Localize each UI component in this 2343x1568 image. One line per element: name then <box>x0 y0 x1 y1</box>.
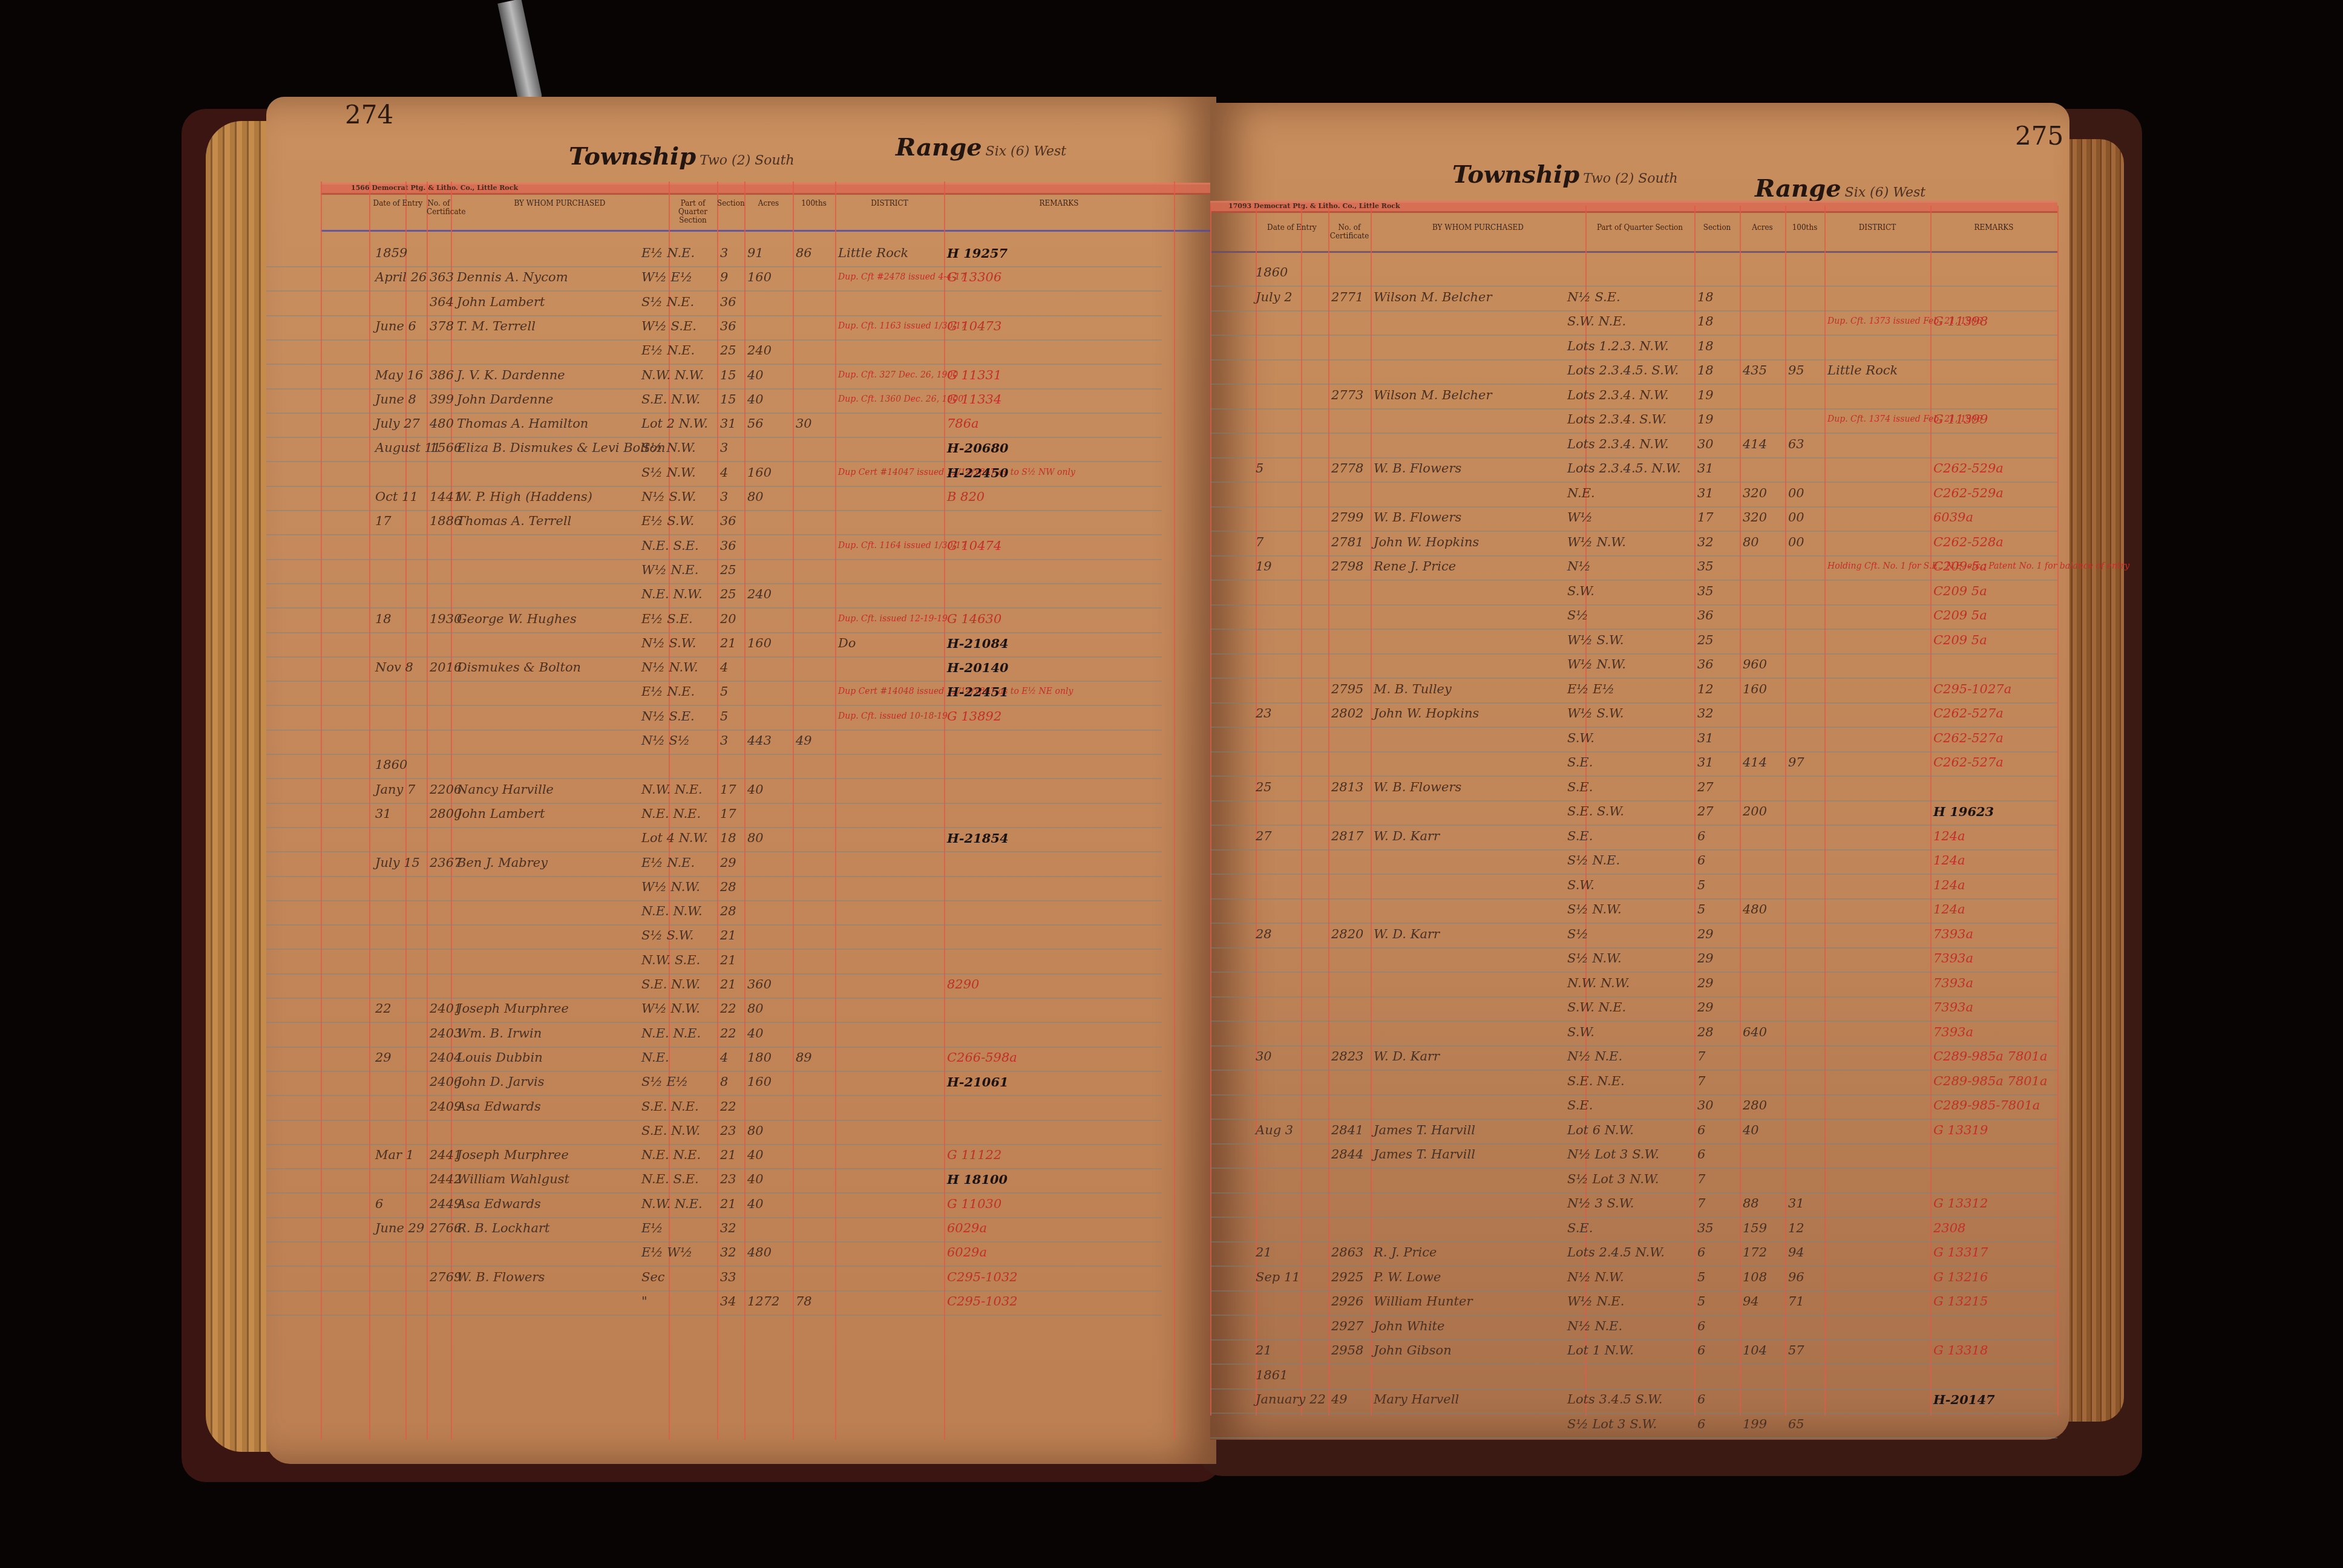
cell-acres: 80 <box>1743 535 1759 549</box>
cell-part: N½ 3 S.W. <box>1567 1196 1634 1210</box>
cell-remarks: G 11334 <box>947 392 1001 407</box>
column-header: Acres <box>744 200 793 208</box>
cell-hundredths: 00 <box>1788 510 1804 524</box>
cell-acres: 240 <box>747 587 772 601</box>
cell-hundredths: 94 <box>1788 1245 1804 1259</box>
ledger-row: July 22771Wilson M. BelcherN½ S.E.18 <box>1210 286 2057 312</box>
cell-part: S.E. S.W. <box>1567 804 1624 818</box>
cell-section: 6 <box>1697 1123 1705 1137</box>
cell-part: W½ N.W. <box>641 880 700 894</box>
cell-district: Dup. Cft. issued 10-18-19 <box>838 711 948 721</box>
cell-section: 28 <box>720 904 736 918</box>
cell-remarks: C266-598a <box>947 1050 1017 1065</box>
cell-section: 21 <box>720 928 736 942</box>
cell-acres: 200 <box>1743 804 1767 818</box>
cell-date: 1861 <box>1256 1368 1288 1382</box>
cell-section: 29 <box>1697 951 1714 965</box>
cell-section: 18 <box>1697 363 1714 377</box>
cell-acres: 159 <box>1743 1221 1767 1235</box>
cell-section: 17 <box>720 806 736 821</box>
cell-part: S.E. N.W. <box>641 1123 700 1138</box>
cell-section: 31 <box>1697 486 1714 500</box>
cell-section: 31 <box>1697 755 1714 769</box>
ledger-row: Lots 2.3.4. N.W.3041463 <box>1210 433 2057 459</box>
column-header: Acres <box>1740 224 1785 232</box>
cell-acres: 40 <box>747 392 764 407</box>
cell-remarks: H-22451 <box>947 684 1009 699</box>
cell-acres: 414 <box>1743 755 1767 769</box>
ledger-row: 52778W. B. FlowersLots 2.3.4.5. N.W.31C2… <box>1210 457 2057 483</box>
cell-section: 5 <box>720 684 728 699</box>
cell-cert: 2958 <box>1331 1343 1363 1357</box>
cell-part: Lots 2.4.5 N.W. <box>1567 1245 1665 1259</box>
cell-section: 28 <box>720 880 736 894</box>
cell-part: N.W. S.E. <box>641 953 700 967</box>
cell-part: Lots 2.3.4. N.W. <box>1567 388 1669 402</box>
cell-name: Eliza B. Dismukes & Levi Bolton <box>457 440 666 455</box>
cell-name: Wilson M. Belcher <box>1374 388 1492 402</box>
cell-cert: 2798 <box>1331 559 1363 573</box>
cell-section: 34 <box>720 1294 736 1308</box>
cell-district: Dup. Cft #2478 issued 4-4-17 <box>838 272 966 282</box>
ledger-row: 292404Louis DubbinN.E.418089C266-598a <box>266 1047 1162 1072</box>
cell-part: N½ S.W. <box>641 489 696 504</box>
cell-section: 15 <box>720 392 736 407</box>
cell-section: 32 <box>720 1245 736 1259</box>
cell-name: M. B. Tulley <box>1374 682 1452 696</box>
cell-part: S.W. <box>1567 584 1594 598</box>
cell-part: " <box>641 1294 647 1308</box>
cell-section: 25 <box>1697 633 1714 647</box>
cell-cert: 378 <box>430 319 454 333</box>
cell-section: 17 <box>720 782 736 797</box>
cell-part: Lots 2.3.4. N.W. <box>1567 437 1669 451</box>
cell-district: Do <box>838 636 856 650</box>
range-heading: RangeSix (6) West <box>1755 174 1925 203</box>
cell-cert: 2802 <box>1331 706 1363 720</box>
page-number: 274 <box>345 100 393 129</box>
cell-name: Asa Edwards <box>457 1099 541 1114</box>
cell-remarks: C209-5a <box>1933 559 1987 573</box>
cell-name: John Dardenne <box>457 392 554 407</box>
ledger-row: W½ N.E.25 <box>266 559 1162 584</box>
cell-district: Dup. Cft. 1360 Dec. 26, 1900 <box>838 394 963 404</box>
cell-name: Thomas A. Hamilton <box>457 416 588 431</box>
cell-date: 6 <box>375 1197 383 1211</box>
cell-date: January 22 <box>1256 1392 1326 1406</box>
cell-remarks: 7393a <box>1933 1000 1973 1014</box>
cell-section: 30 <box>1697 437 1714 451</box>
ledger-row: 212863R. J. PriceLots 2.4.5 N.W.617294G … <box>1210 1241 2057 1267</box>
cell-remarks: C262-528a <box>1933 535 2004 549</box>
cell-section: 6 <box>1697 1392 1705 1406</box>
cell-part: Lots 1.2.3. N.W. <box>1567 339 1669 353</box>
cell-name: Rene J. Price <box>1374 559 1456 573</box>
township-label: Township <box>1452 160 1579 189</box>
left-page: 274 TownshipTwo (2) South RangeSix (6) W… <box>266 97 1216 1464</box>
cell-part: W½ N.E. <box>1567 1294 1624 1308</box>
cell-part: N.E. S.E. <box>641 538 699 553</box>
cell-name: R. J. Price <box>1374 1245 1437 1259</box>
cell-section: 31 <box>720 416 736 431</box>
cell-part: S.E. <box>1567 829 1593 843</box>
cell-cert: 386 <box>430 368 454 382</box>
cell-remarks: G 13312 <box>1933 1196 1988 1210</box>
cell-hundredths: 65 <box>1788 1417 1804 1431</box>
cell-part: W½ E½ <box>641 270 692 284</box>
cell-remarks: 124a <box>1933 829 1965 843</box>
cell-hundredths: 71 <box>1788 1294 1804 1308</box>
cell-acres: 443 <box>747 733 772 748</box>
cell-name: T. M. Terrell <box>457 319 536 333</box>
cell-remarks: H 19623 <box>1933 804 1994 819</box>
cell-date: June 6 <box>375 319 416 333</box>
cell-part: Lots 2.3.4.5. N.W. <box>1567 461 1681 475</box>
cell-cert: 2781 <box>1331 535 1363 549</box>
ledger-row: May 16386J. V. K. DardenneN.W. N.W.1540D… <box>266 364 1162 390</box>
cell-acres: 40 <box>747 782 764 797</box>
ledger-row: 302823W. D. KarrN½ N.E.7C289-985a 7801a <box>1210 1045 2057 1071</box>
cell-section: 35 <box>1697 1221 1714 1235</box>
cell-part: N.W. N.W. <box>641 368 704 382</box>
ledger-row: S½ N.W.5480124a <box>1210 898 2057 924</box>
cell-date: Mar 1 <box>375 1148 414 1162</box>
cell-section: 32 <box>1697 535 1714 549</box>
cell-part: E½ <box>641 1221 663 1235</box>
cell-cert: 2778 <box>1331 461 1363 475</box>
cell-remarks: C295-1032 <box>947 1294 1018 1308</box>
cell-section: 8 <box>720 1074 728 1089</box>
ledger-row: N.E.3132000C262-529a <box>1210 482 2057 508</box>
cell-part: N½ N.W. <box>641 660 698 675</box>
cell-remarks: G 13306 <box>947 270 1001 284</box>
cell-date: April 26 <box>375 270 427 284</box>
cell-acres: 40 <box>1743 1123 1759 1137</box>
cell-part: E½ W½ <box>641 1245 692 1259</box>
cell-remarks: 124a <box>1933 902 1965 916</box>
ledger-row: S½ N.E.6124a <box>1210 849 2057 875</box>
cell-cert: 2771 <box>1331 290 1363 304</box>
cell-acres: 80 <box>747 1123 764 1138</box>
cell-section: 6 <box>1697 1245 1705 1259</box>
ledger-row: S½ N.W.4160Dup Cert #14047 issued 12/14/… <box>266 462 1162 487</box>
cell-part: N.E. N.E. <box>641 1026 701 1040</box>
cell-remarks: 7393a <box>1933 1025 1973 1039</box>
cell-name: W. D. Karr <box>1374 927 1440 941</box>
cell-name: John White <box>1374 1319 1444 1333</box>
cell-name: John Lambert <box>457 295 545 309</box>
cell-acres: 172 <box>1743 1245 1767 1259</box>
cell-name: Wilson M. Belcher <box>1374 290 1492 304</box>
cell-acres: 240 <box>747 343 772 358</box>
cell-part: S.E. <box>1567 780 1593 794</box>
cell-part: W½ S.W. <box>1567 633 1624 647</box>
cell-part: S½ Lot 3 S.W. <box>1567 1417 1657 1431</box>
ledger-row: N.W. N.W.297393a <box>1210 972 2057 998</box>
ledger-row: S.E. N.W.213608290 <box>266 973 1162 999</box>
cell-part: Lot 1 N.W. <box>1567 1343 1634 1357</box>
cell-acres: 280 <box>1743 1098 1767 1112</box>
cell-part: E½ N.E. <box>641 246 695 260</box>
column-header: Section <box>1694 224 1740 232</box>
cell-acres: 94 <box>1743 1294 1759 1308</box>
cell-remarks: G 11399 <box>1933 412 1988 426</box>
cell-acres: 40 <box>747 1148 764 1162</box>
cell-section: 7 <box>1697 1074 1705 1088</box>
ledger-row: Mar 12441Joseph MurphreeN.E. N.E.2140G 1… <box>266 1144 1162 1169</box>
column-rule <box>2057 206 2059 1416</box>
cell-section: 29 <box>1697 927 1714 941</box>
cell-remarks: C209 5a <box>1933 633 1987 647</box>
cell-remarks: H-20140 <box>947 660 1009 675</box>
ledger-row: S.E. N.E.7C289-985a 7801a <box>1210 1070 2057 1096</box>
ledger-row: 2409Asa EdwardsS.E. N.E.22 <box>266 1096 1162 1121</box>
cell-part: N½ S½ <box>641 733 690 748</box>
cell-cert: 2795 <box>1331 682 1363 696</box>
cell-part: W½ S.W. <box>1567 706 1624 720</box>
cell-name: W. B. Flowers <box>457 1270 545 1284</box>
cell-part: W½ S.E. <box>641 319 696 333</box>
ledger-row: 212958John GibsonLot 1 N.W.610457G 13318 <box>1210 1339 2057 1365</box>
ledger-row: 2403Wm. B. IrwinN.E. N.E.2240 <box>266 1022 1162 1048</box>
cell-part: S.W. N.E. <box>1567 1000 1626 1014</box>
ledger-row: N½ S.E.5Dup. Cft. issued 10-18-19G 13892 <box>266 705 1162 731</box>
cell-hundredths: 63 <box>1788 437 1804 451</box>
cell-date: 28 <box>1256 927 1272 941</box>
ledger-row: 171886Thomas A. TerrellE½ S.W.36 <box>266 510 1162 535</box>
cell-hundredths: 12 <box>1788 1221 1804 1235</box>
cell-section: 3 <box>720 440 728 455</box>
cell-date: 5 <box>1256 461 1263 475</box>
cell-part: Lots 2.3.4.5. S.W. <box>1567 363 1679 377</box>
cell-section: 25 <box>720 563 736 577</box>
township-value: Two (2) South <box>1583 171 1678 186</box>
cell-part: N.E. N.E. <box>641 1148 701 1162</box>
cell-part: S.W. <box>1567 878 1594 892</box>
cell-section: 23 <box>720 1172 736 1186</box>
cell-name: Nancy Harville <box>457 782 554 797</box>
cell-cert: 2773 <box>1331 388 1363 402</box>
cell-section: 36 <box>720 319 736 333</box>
cell-section: 19 <box>1697 412 1714 426</box>
cell-name: Joseph Murphree <box>457 1148 569 1162</box>
cell-date: Aug 3 <box>1256 1123 1293 1137</box>
cell-remarks: C209 5a <box>1933 584 1987 598</box>
page-number: 275 <box>2015 121 2063 151</box>
cell-acres: 40 <box>747 368 764 382</box>
range-heading: RangeSix (6) West <box>896 133 1066 162</box>
cell-section: 32 <box>720 1221 736 1235</box>
cell-section: 25 <box>720 587 736 601</box>
ledger-row: 1859E½ N.E.39186Little RockH 19257 <box>266 242 1162 267</box>
cell-section: 36 <box>1697 657 1714 671</box>
cell-part: S.W. <box>1567 1025 1594 1039</box>
cell-remarks: C262-529a <box>1933 461 2004 475</box>
cell-acres: 414 <box>1743 437 1767 451</box>
cell-cert: 2927 <box>1331 1319 1363 1333</box>
ledger-row: S.W.286407393a <box>1210 1021 2057 1047</box>
ledger-row: N.E. N.W.28 <box>266 900 1162 926</box>
cell-date: 31 <box>375 806 392 821</box>
ledger-row: Oct 111441W. P. High (Haddens)N½ S.W.380… <box>266 486 1162 511</box>
cell-acres: 1272 <box>747 1294 779 1308</box>
cell-part: S½ N.E. <box>1567 853 1620 867</box>
cell-name: R. B. Lockhart <box>457 1221 550 1235</box>
column-header: BY WHOM PURCHASED <box>451 200 669 208</box>
range-value: Six (6) West <box>1845 185 1926 200</box>
cell-part: E½ N.E. <box>641 855 695 870</box>
cell-hundredths: 97 <box>1788 755 1804 769</box>
cell-part: W½ N.E. <box>641 563 698 577</box>
ledger-row: 222401Joseph MurphreeW½ N.W.2280 <box>266 998 1162 1023</box>
cell-name: Asa Edwards <box>457 1197 541 1211</box>
cell-part: S.W. <box>1567 731 1594 745</box>
cell-acres: 160 <box>747 465 772 480</box>
cell-section: 21 <box>720 977 736 991</box>
cell-remarks: 8290 <box>947 977 979 991</box>
column-header: REMARKS <box>1930 224 2057 232</box>
cell-section: 21 <box>720 1197 736 1211</box>
cell-section: 15 <box>720 368 736 382</box>
cell-date: 21 <box>1256 1245 1272 1259</box>
cell-remarks: G 11398 <box>1933 314 1988 328</box>
ledger-row: E½ N.E.25240 <box>266 339 1162 365</box>
column-header: Date of Entry <box>1256 224 1328 232</box>
ledger-row: 2769W. B. FlowersSec33C295-1032 <box>266 1266 1162 1292</box>
ledger-row: 2927John WhiteN½ N.E.6 <box>1210 1315 2057 1341</box>
cell-date: 1860 <box>1256 265 1288 279</box>
cell-section: 5 <box>1697 902 1705 916</box>
cell-name: W. B. Flowers <box>1374 780 1461 794</box>
cell-acres: 40 <box>747 1172 764 1186</box>
cell-acres: 160 <box>747 1074 772 1089</box>
cell-part: N.W. N.E. <box>641 1197 703 1211</box>
cell-section: 18 <box>720 831 736 845</box>
cell-remarks: 6029a <box>947 1245 987 1259</box>
ledger-row: S½36C209 5a <box>1210 604 2057 630</box>
cell-remarks: C209 5a <box>1933 608 1987 622</box>
column-header: Date of Entry <box>369 200 427 208</box>
range-label: Range <box>896 133 982 162</box>
ledger-row: N.W. S.E.21 <box>266 949 1162 975</box>
cell-hundredths: 96 <box>1788 1270 1804 1284</box>
cell-cert: 2820 <box>1331 927 1363 941</box>
cell-cert: 399 <box>430 392 454 407</box>
ledger-row: 2773Wilson M. BelcherLots 2.3.4. N.W.19 <box>1210 384 2057 410</box>
column-header: Part of Quarter Section <box>1585 224 1694 232</box>
cell-acres: 320 <box>1743 510 1767 524</box>
page-holder-clip <box>497 0 543 107</box>
header-blue-rule <box>321 230 1216 232</box>
cell-part: N½ N.E. <box>1567 1319 1622 1333</box>
cell-part: S½ N.W. <box>641 465 696 480</box>
cell-acres: 56 <box>747 416 764 431</box>
ledger-row: N.E. N.W.25240 <box>266 583 1162 609</box>
cell-part: N.E. S.E. <box>641 1172 699 1186</box>
cell-part: S½ N.W. <box>641 440 696 455</box>
cell-date: July 15 <box>375 855 420 870</box>
ledger-row: S.W.5124a <box>1210 874 2057 900</box>
ledger-row: 1860 <box>266 754 1162 779</box>
cell-date: 25 <box>1256 780 1272 794</box>
cell-remarks: G 10473 <box>947 319 1001 333</box>
cell-part: N.W. N.W. <box>1567 976 1630 990</box>
cell-acres: 80 <box>747 489 764 504</box>
cell-hundredths: 89 <box>796 1050 812 1065</box>
ledger-row: S½ Lot 3 N.W.7 <box>1210 1168 2057 1194</box>
cell-hundredths: 00 <box>1788 535 1804 549</box>
cell-acres: 80 <box>747 1001 764 1016</box>
cell-date: Sep 11 <box>1256 1270 1300 1284</box>
ledger-row: July 152367Ben J. MabreyE½ N.E.29 <box>266 852 1162 877</box>
cell-name: John Lambert <box>457 806 545 821</box>
ledger-row: Sep 112925P. W. LoweN½ N.W.510896G 13216 <box>1210 1266 2057 1292</box>
cell-section: 7 <box>1697 1049 1705 1063</box>
cell-remarks: 7393a <box>1933 927 1973 941</box>
cell-hundredths: 95 <box>1788 363 1804 377</box>
cell-acres: 435 <box>1743 363 1767 377</box>
cell-part: S½ Lot 3 N.W. <box>1567 1172 1659 1186</box>
cell-remarks: C289-985a 7801a <box>1933 1074 2048 1088</box>
cell-cert: 2841 <box>1331 1123 1363 1137</box>
ledger-row: January 2249Mary HarvellLots 3.4.5 S.W.6… <box>1210 1388 2057 1414</box>
cell-name: James T. Harvill <box>1374 1147 1475 1161</box>
cell-remarks: C295-1027a <box>1933 682 2011 696</box>
ledger-row: Lot 4 N.W.1880H-21854 <box>266 827 1162 852</box>
cell-part: N½ S.W. <box>641 636 696 650</box>
ledger-row: S.W.31C262-527a <box>1210 727 2057 753</box>
cell-remarks: H-20680 <box>947 440 1009 456</box>
cell-remarks: 2308 <box>1933 1221 1965 1235</box>
cell-section: 25 <box>720 343 736 358</box>
cell-section: 29 <box>1697 976 1714 990</box>
cell-part: Lots 3.4.5 S.W. <box>1567 1392 1663 1406</box>
cell-remarks: 6029a <box>947 1221 987 1235</box>
cell-acres: 360 <box>747 977 772 991</box>
cell-part: Lot 6 N.W. <box>1567 1123 1634 1137</box>
ledger-row: S.E. N.W.2380 <box>266 1120 1162 1145</box>
cell-remarks: G 11122 <box>947 1148 1001 1162</box>
cell-remarks: 786a <box>947 416 979 431</box>
cell-acres: 480 <box>747 1245 772 1259</box>
cell-remarks: H-21061 <box>947 1074 1009 1089</box>
cell-remarks: C289-985a 7801a <box>1933 1049 2048 1063</box>
cell-section: 35 <box>1697 559 1714 573</box>
cell-date: June 29 <box>375 1221 424 1235</box>
ledger-row: 364John LambertS½ N.E.36 <box>266 291 1162 316</box>
ledger-row: 1860 <box>1210 261 2057 287</box>
cell-part: N.E. N.E. <box>641 806 701 821</box>
cell-part: S½ S.W. <box>641 928 693 942</box>
cell-cert: 2799 <box>1331 510 1363 524</box>
ledger-row: 2799W. B. FlowersW½17320006039a <box>1210 506 2057 532</box>
cell-part: E½ E½ <box>1567 682 1614 696</box>
cell-acres: 480 <box>1743 902 1767 916</box>
cell-section: 5 <box>1697 1294 1705 1308</box>
cell-part: N.E. <box>1567 486 1595 500</box>
cell-section: 22 <box>720 1099 736 1114</box>
cell-cert: 2844 <box>1331 1147 1363 1161</box>
column-header: Section <box>717 200 744 208</box>
cell-date: Nov 8 <box>375 660 413 675</box>
ledger-row: 2795M. B. TulleyE½ E½12160C295-1027a <box>1210 678 2057 704</box>
cell-name: William Wahlgust <box>457 1172 569 1186</box>
cell-district: Little Rock <box>838 246 908 260</box>
cell-part: S.E. N.W. <box>641 977 700 991</box>
cell-name: W. D. Karr <box>1374 1049 1440 1063</box>
cell-section: 31 <box>1697 461 1714 475</box>
cell-section: 19 <box>1697 388 1714 402</box>
